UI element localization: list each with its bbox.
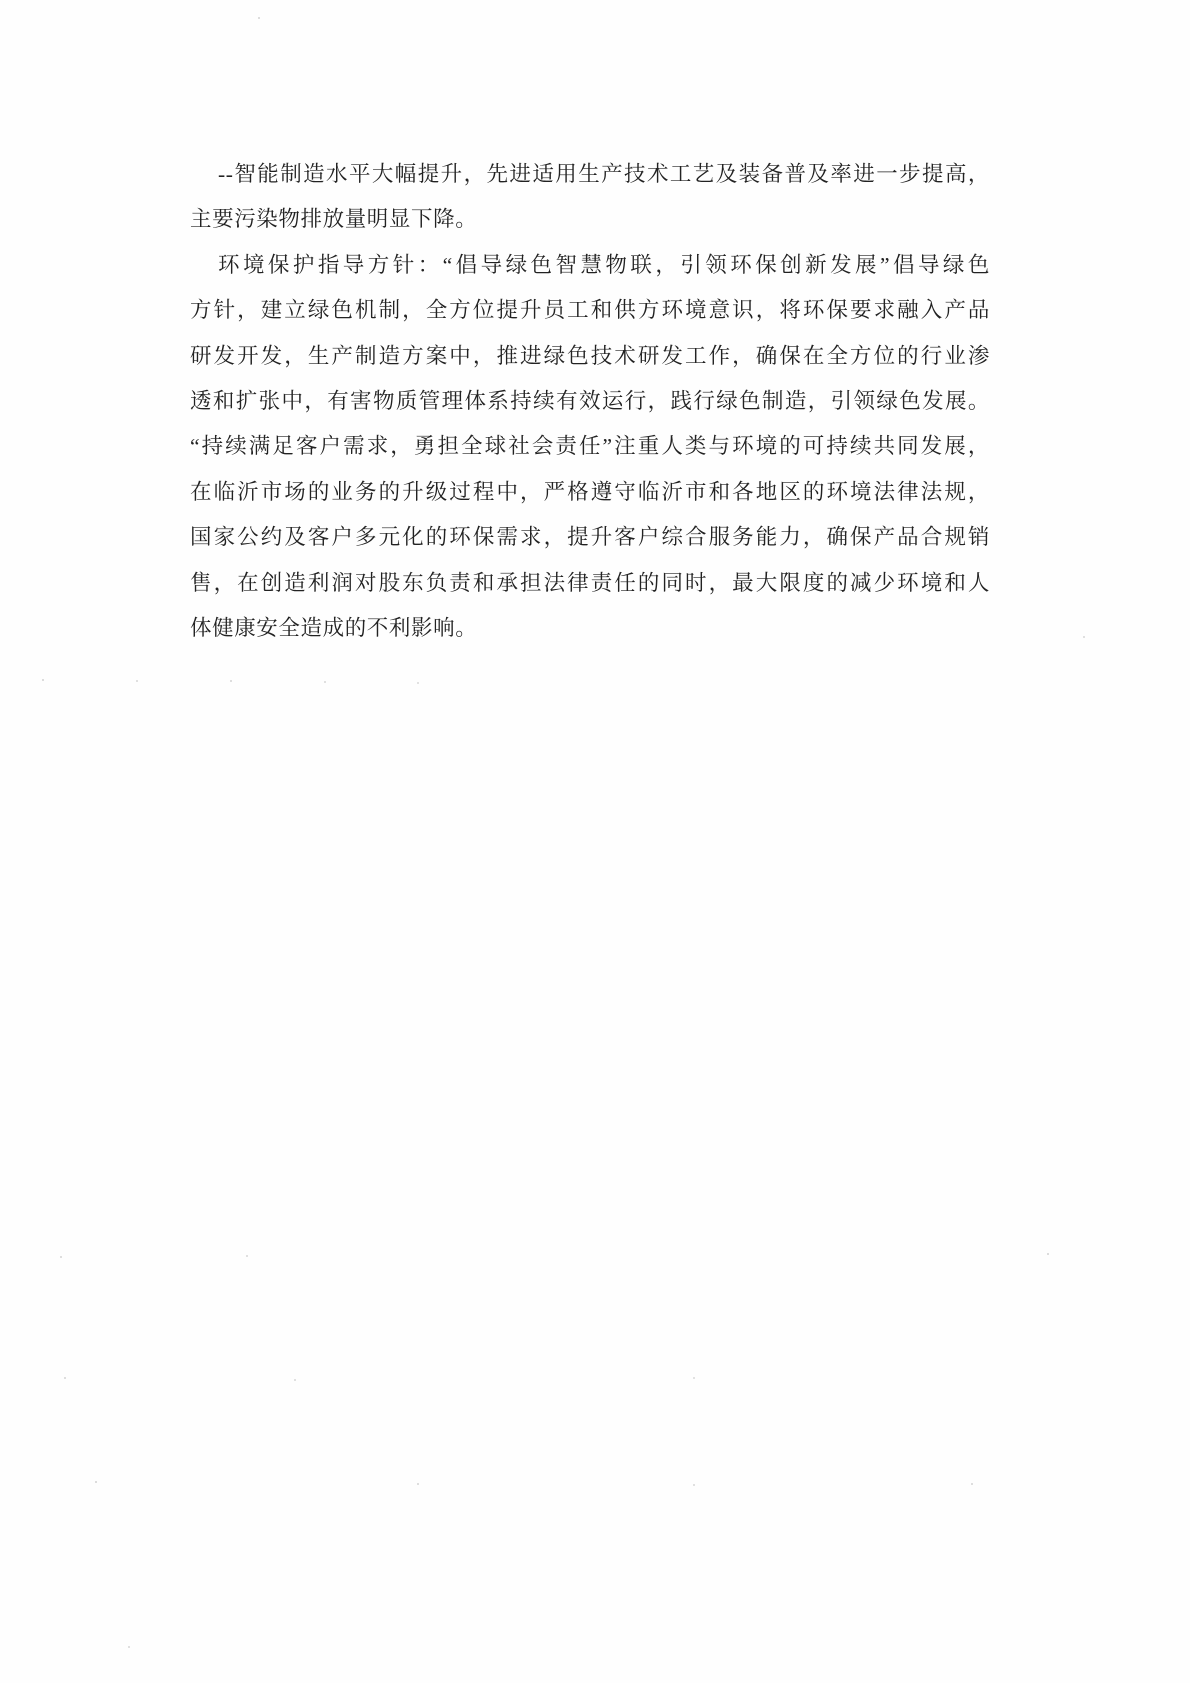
text-line: 在临沂市场的业务的升级过程中，严格遵守临沂市和各地区的环境法律法规， <box>190 470 990 515</box>
text-line: 透和扩张中，有害物质管理体系持续有效运行，践行绿色制造，引领绿色发展。 <box>190 379 990 424</box>
paragraph: 环境保护指导方针：“倡导绿色智慧物联，引领环保创新发展”倡导绿色方针，建立绿色机… <box>190 243 990 652</box>
document-page: --智能制造水平大幅提升，先进适用生产技术工艺及装备普及率进一步提高，主要污染物… <box>0 0 1190 1683</box>
scan-noise-dots <box>0 0 2 2</box>
text-line: 主要污染物排放量明显下降。 <box>190 197 990 242</box>
text-line: 环境保护指导方针：“倡导绿色智慧物联，引领环保创新发展”倡导绿色 <box>190 243 990 288</box>
document-body: --智能制造水平大幅提升，先进适用生产技术工艺及装备普及率进一步提高，主要污染物… <box>190 152 990 651</box>
text-line: 国家公约及客户多元化的环保需求，提升客户综合服务能力，确保产品合规销 <box>190 515 990 560</box>
text-line: --智能制造水平大幅提升，先进适用生产技术工艺及装备普及率进一步提高， <box>190 152 990 197</box>
text-line: 方针，建立绿色机制，全方位提升员工和供方环境意识，将环保要求融入产品 <box>190 288 990 333</box>
text-line: “持续满足客户需求，勇担全球社会责任”注重人类与环境的可持续共同发展， <box>190 424 990 469</box>
text-line: 售，在创造利润对股东负责和承担法律责任的同时，最大限度的减少环境和人 <box>190 561 990 606</box>
text-line: 体健康安全造成的不利影响。 <box>190 606 990 651</box>
text-line: 研发开发，生产制造方案中，推进绿色技术研发工作，确保在全方位的行业渗 <box>190 334 990 379</box>
paragraph: --智能制造水平大幅提升，先进适用生产技术工艺及装备普及率进一步提高，主要污染物… <box>190 152 990 243</box>
